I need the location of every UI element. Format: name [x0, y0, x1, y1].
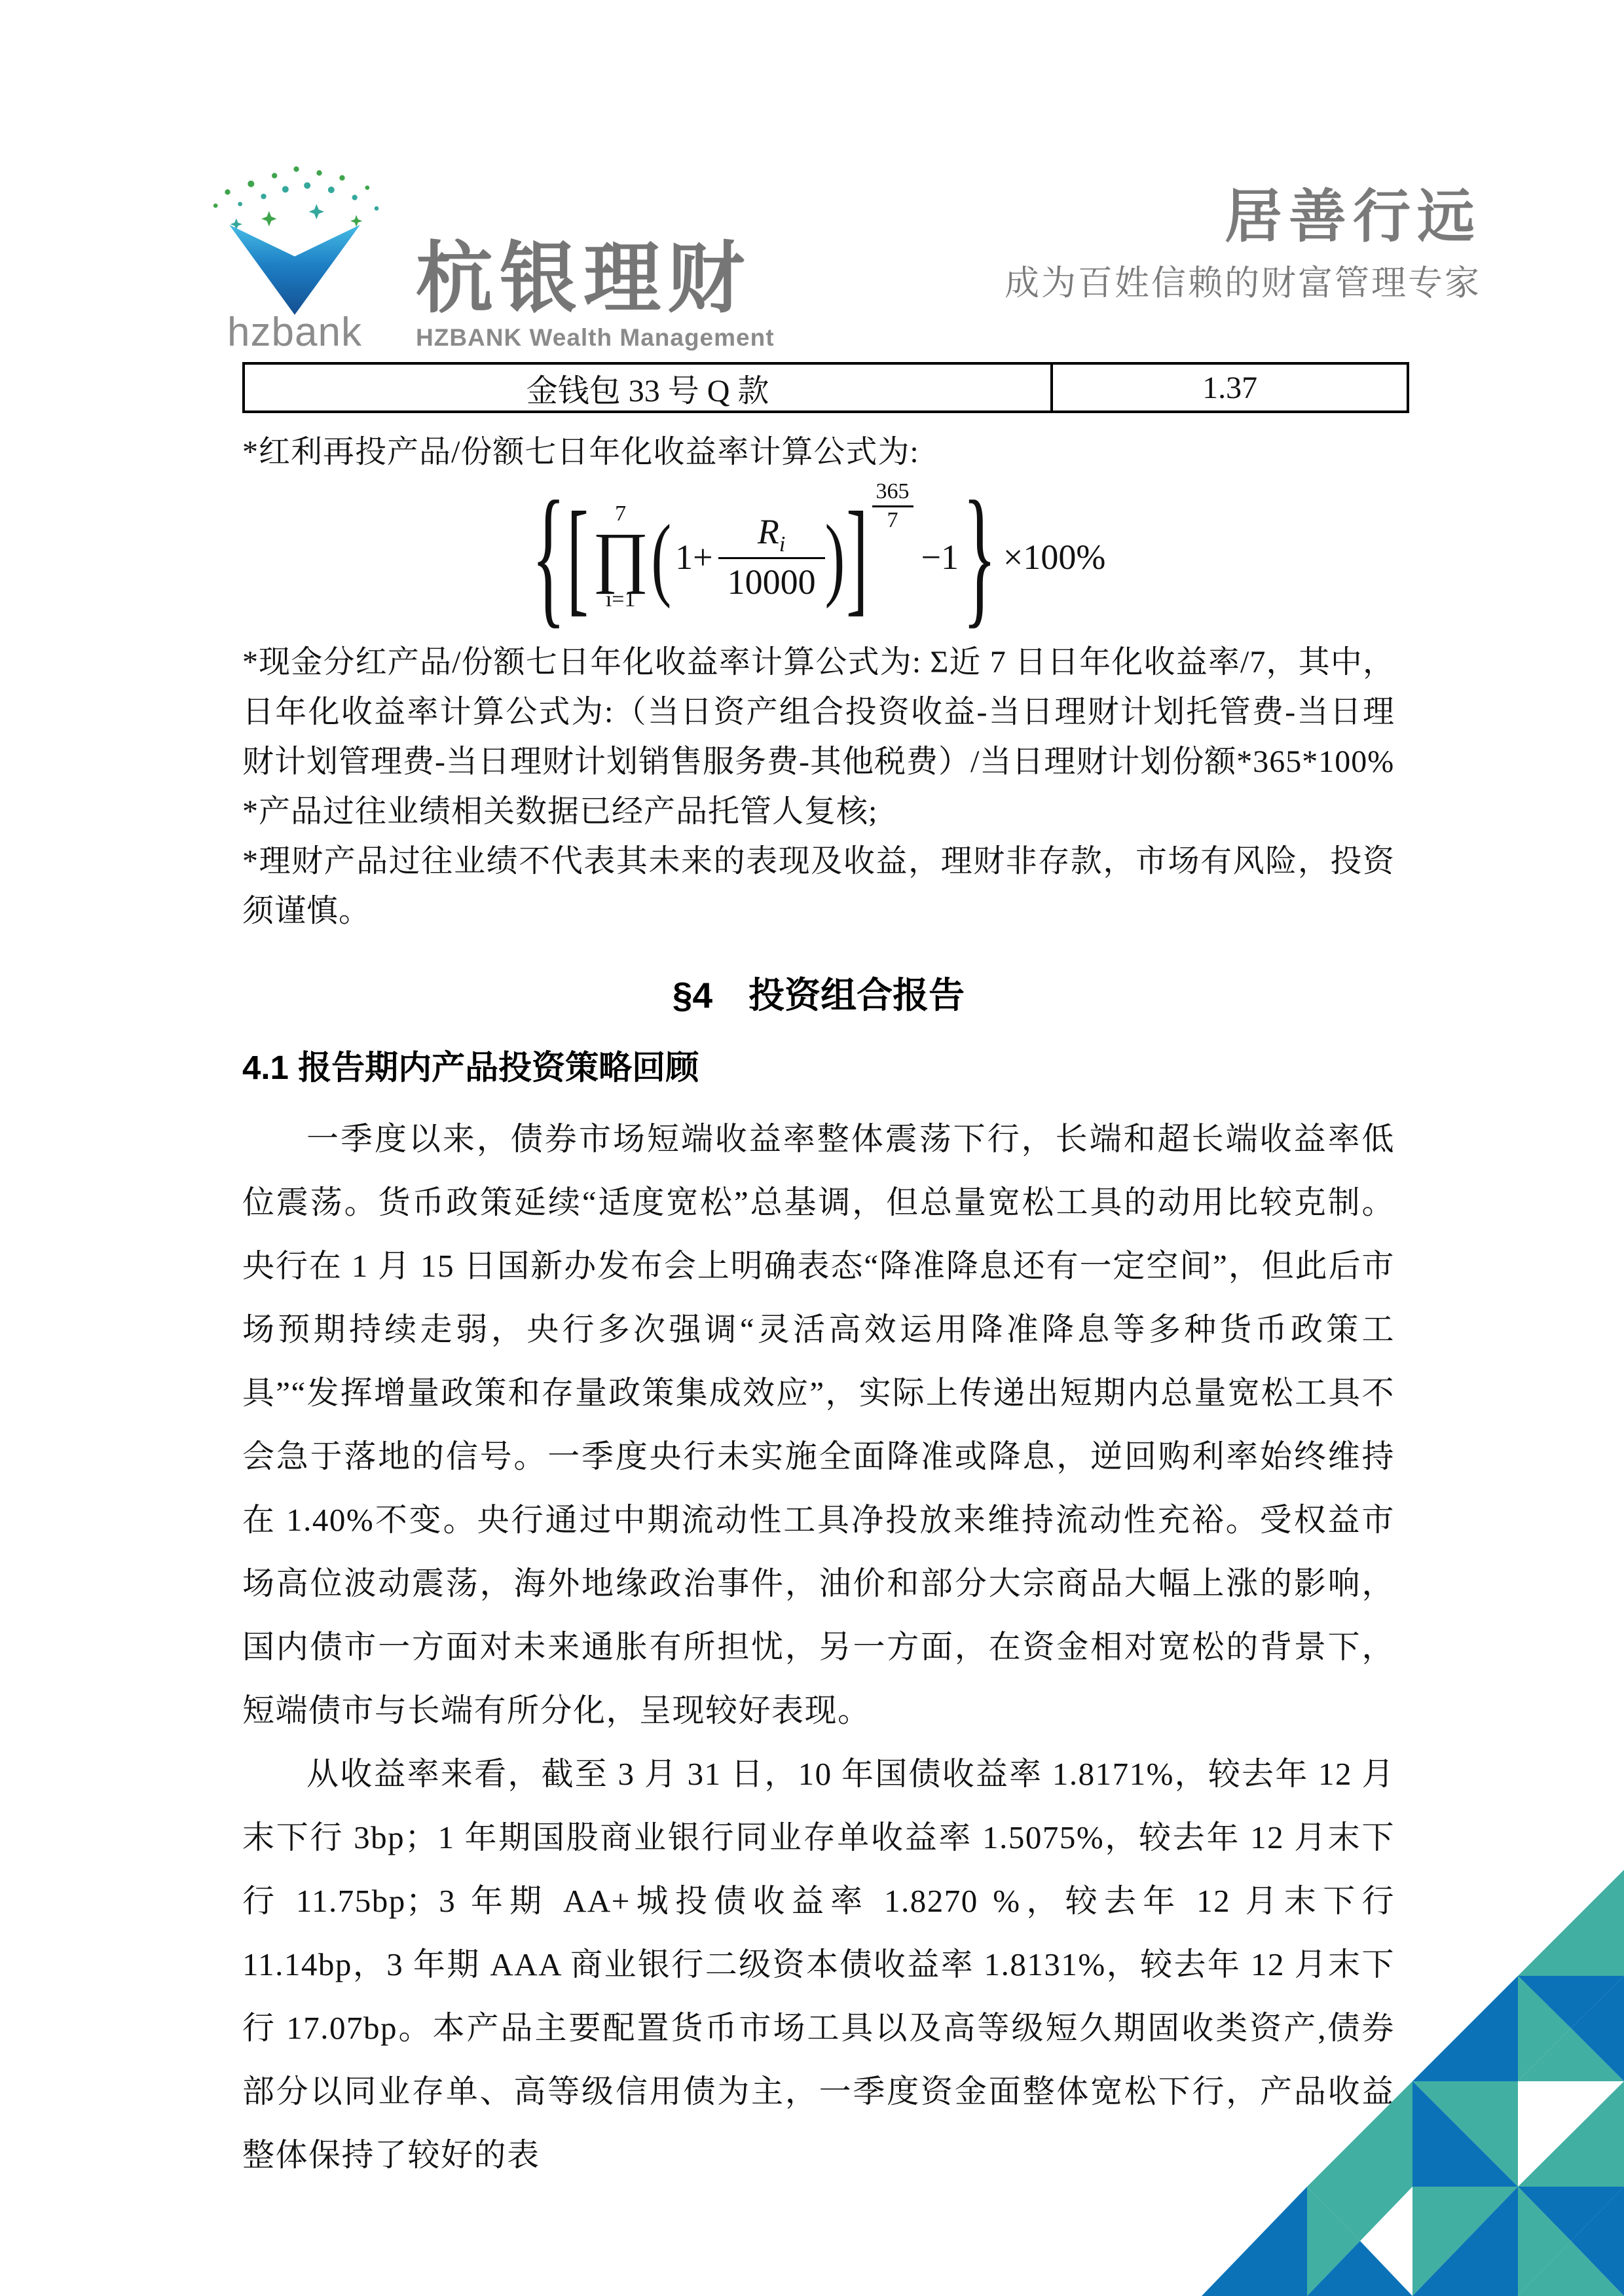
exponent-numerator: 365	[872, 479, 913, 507]
formula-left-brace: {	[532, 479, 566, 635]
logo-text-column: 杭银理财 HZBANK Wealth Management	[416, 239, 775, 353]
logo-diamond-shape	[229, 225, 360, 314]
product-yield-table: 金钱包 33 号 Q 款 1.37	[242, 362, 1409, 413]
mosaic-triangle	[1307, 2081, 1412, 2187]
logo-icon-column: hzbank	[187, 154, 403, 353]
mosaic-triangle	[1202, 2187, 1307, 2296]
formula-minus-one: −1	[921, 537, 959, 577]
logo-sparkles	[213, 166, 379, 230]
product-operator: 7 ∏ i=1	[593, 501, 649, 611]
formula-left-bracket: [	[567, 493, 589, 621]
hzbank-diamond-leaves-icon	[187, 154, 403, 318]
corner-triangle-mosaic	[1202, 1870, 1624, 2296]
slogan-main: 居善行远	[1005, 185, 1481, 249]
fraction-denominator: 10000	[718, 557, 825, 602]
footnote-2: *现金分红产品/份额七日年化收益率计算公式为: Σ近 7 日日年化收益率/7，其…	[242, 638, 1395, 787]
formula-fraction: Ri 10000	[718, 511, 825, 602]
page-header: hzbank 杭银理财 HZBANK Wealth Management 居善行…	[187, 154, 1481, 353]
footnote-4: *理财产品过往业绩不代表其未来的表现及收益，理财非存款，市场有风险，投资须谨慎。	[242, 837, 1395, 936]
numerator-sub-i: i	[779, 532, 785, 556]
section-4-1-heading: 4.1 报告期内产品投资策略回顾	[242, 1040, 1395, 1089]
section-4-heading: §4 投资组合报告	[242, 966, 1395, 1018]
product-lower-limit: i=1	[606, 587, 636, 611]
product-value-cell: 1.37	[1052, 363, 1408, 412]
logo-cn-name: 杭银理财	[416, 239, 775, 320]
formula-left-paren: (	[651, 510, 671, 604]
footnote-3: *产品过往业绩相关数据已经产品托管人复核;	[242, 787, 1395, 837]
formula-right-brace: }	[963, 479, 997, 635]
document-page: hzbank 杭银理财 HZBANK Wealth Management 居善行…	[0, 0, 1624, 2296]
mosaic-triangle	[1518, 2081, 1624, 2187]
yield-formula: { [ 7 ∏ i=1 ( 1+ Ri 10000 ) ] 365 7 −1 }…	[242, 480, 1395, 634]
mosaic-triangle	[1412, 1976, 1518, 2081]
footnote-1: *红利再投产品/份额七日年化收益率计算公式为:	[242, 428, 1395, 477]
formula-right-paren: )	[825, 510, 845, 604]
body-paragraph-1: 一季度以来，债券市场短端收益率整体震荡下行，长端和超长端收益率低位震荡。货币政策…	[242, 1107, 1395, 1742]
product-name-cell: 金钱包 33 号 Q 款	[244, 363, 1052, 412]
formula-times-100: ×100%	[1003, 537, 1105, 577]
logo-short-name: hzbank	[227, 312, 362, 353]
product-symbol: ∏	[593, 526, 649, 588]
mosaic-triangle	[1518, 1870, 1624, 1976]
numerator-R: R	[758, 512, 779, 551]
header-slogan: 居善行远 成为百姓信赖的财富管理专家	[1005, 185, 1481, 305]
formula-exponent: 365 7	[872, 479, 913, 533]
formula-one-plus: 1+	[675, 537, 712, 577]
exponent-denominator: 7	[887, 507, 898, 533]
slogan-sub: 成为百姓信赖的财富管理专家	[1005, 255, 1481, 305]
logo-en-name: HZBANK Wealth Management	[416, 324, 775, 352]
fraction-numerator: Ri	[758, 511, 785, 557]
table-row: 金钱包 33 号 Q 款 1.37	[244, 363, 1408, 412]
formula-right-bracket: ]	[846, 493, 868, 621]
hzbank-logo: hzbank 杭银理财 HZBANK Wealth Management	[187, 154, 775, 353]
